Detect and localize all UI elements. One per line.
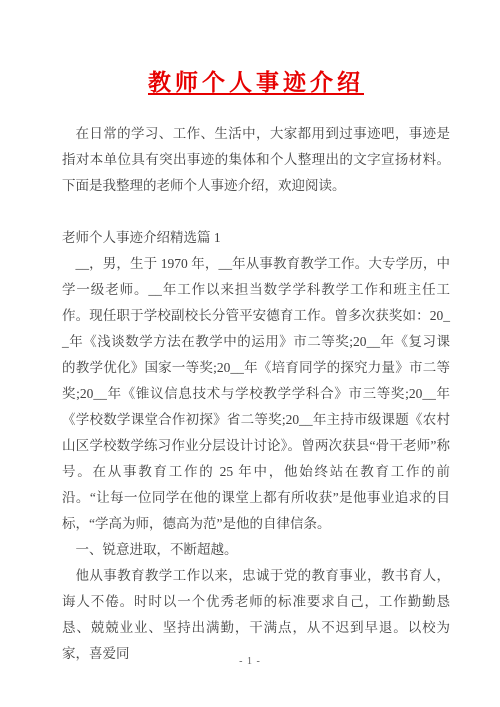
document-body: 在日常的学习、工作、生活中，大家都用到过事迹吧，事迹是指对本单位具有突出事迹的集… [62,121,450,667]
body-paragraph: __，男，生于 1970 年，__年从事教育教学工作。大专学历，中学一级老师。_… [62,251,450,537]
body-paragraph: 他从事教育教学工作以来，忠诚于党的教育事业，教书育人，诲人不倦。时时以一个优秀老… [62,563,450,667]
body-paragraph: 在日常的学习、工作、生活中，大家都用到过事迹吧，事迹是指对本单位具有突出事迹的集… [62,121,450,199]
section-heading: 老师个人事迹介绍精选篇 1 [62,225,450,251]
document-page: 教师个人事迹介绍 在日常的学习、工作、生活中，大家都用到过事迹吧，事迹是指对本单… [0,0,500,707]
page-number: - 1 - [0,656,500,667]
page-title: 教师个人事迹介绍 [62,66,450,100]
sub-heading: 一、锐意进取，不断超越。 [62,537,450,563]
